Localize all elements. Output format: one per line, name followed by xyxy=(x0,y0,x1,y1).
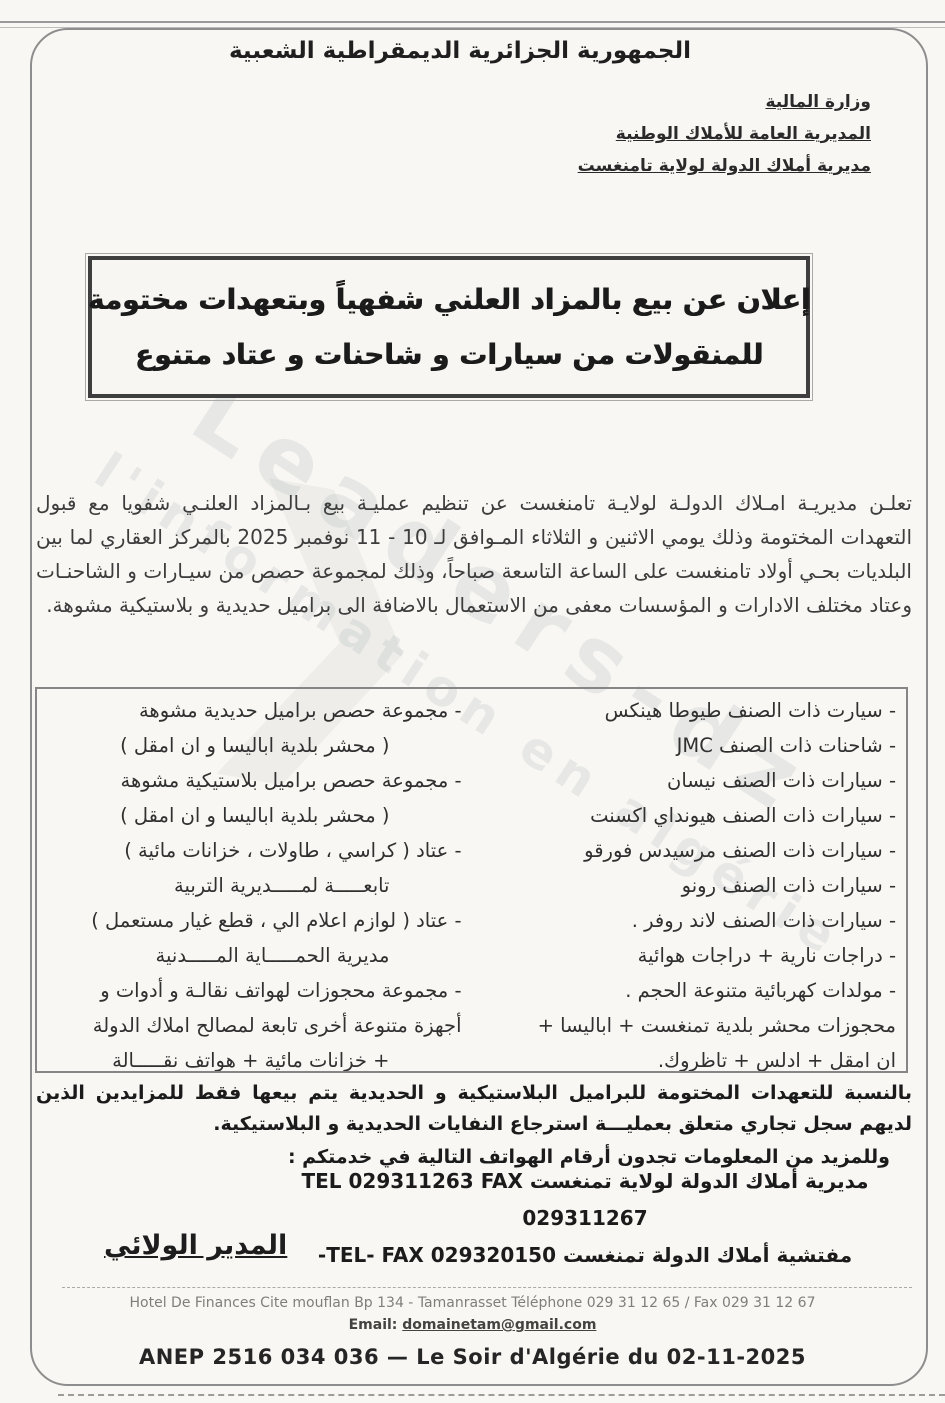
phone-line-directorate: مديرية أملاك الدولة لولاية تمنغست TEL 02… xyxy=(250,1163,920,1237)
lot-item: + خزانات مائية + هواتف نقـــــالة xyxy=(41,1043,462,1071)
lot-item: - سيارات ذات الصنف مرسيدس فورقو xyxy=(476,833,897,868)
footer: Hotel De Finances Cite mouflan Bp 134 - … xyxy=(0,1292,945,1336)
ministry-line-state-property-tamanrasset: مديرية أملاك الدولة لولاية تامنغست xyxy=(578,150,871,182)
lots-column-vehicles: - سيارت ذات الصنف طيوطا هينكس - شاحنات ذ… xyxy=(472,689,907,1071)
lot-item: ( محشر بلدية اباليسا و ان امقل ) xyxy=(41,728,462,763)
lot-item: ان امقل + ادلس + تاظروك. xyxy=(476,1043,897,1071)
lot-item: تابعـــــة لمـــــديرية التربية xyxy=(41,868,462,903)
footer-address: Hotel De Finances Cite mouflan Bp 134 - … xyxy=(0,1292,945,1314)
lot-item: مديرية الحمـــــاية المـــــدنية xyxy=(41,938,462,973)
signature-provincial-director: المدير الولائي xyxy=(104,1230,287,1261)
phone-line-inspectorate: مفتشية أملاك الدولة تمنغست TEL- FAX 0293… xyxy=(250,1237,920,1274)
lot-item: - مولدات كهربائية متنوعة الحجم . xyxy=(476,973,897,1008)
ministry-line-national-property: المديرية العامة للأملاك الوطنية xyxy=(578,118,871,150)
announcement-title-box: إعلان عن بيع بالمزاد العلني شفهياً وبتعه… xyxy=(88,256,810,398)
lot-item: - عتاد ( لوازم اعلام الي ، قطع غيار مستع… xyxy=(41,903,462,938)
lot-item: - مجموعة محجوزات لهواتف نقالـة و أدوات و xyxy=(41,973,462,1008)
lot-item: - سيارات ذات الصنف رونو xyxy=(476,868,897,903)
lot-item: - سيارات ذات الصنف هيونداي اكسنت xyxy=(476,798,897,833)
lot-item: - مجموعة حصص براميل حديدية مشوهة xyxy=(41,693,462,728)
lots-box: - سيارت ذات الصنف طيوطا هينكس - شاحنات ذ… xyxy=(35,687,908,1073)
lot-item: - عتاد ( كراسي ، طاولات ، خزانات مائية ) xyxy=(41,833,462,868)
footer-divider xyxy=(62,1287,912,1288)
lot-item: ( محشر بلدية اباليسا و ان امقل ) xyxy=(41,798,462,833)
sealed-bids-note-body: بالنسبة للتعهدات المختومة للبراميل البلا… xyxy=(36,1078,912,1140)
ministry-block: وزارة المالية المديرية العامة للأملاك ال… xyxy=(578,86,871,182)
lot-item: - سيارات ذات الصنف نيسان xyxy=(476,763,897,798)
bottom-scan-rule xyxy=(58,1394,945,1396)
lot-item: محجوزات محشر بلدية تمنغست + اباليسا + xyxy=(476,1008,897,1043)
lot-item: أجهزة متنوعة أخرى تابعة لمصالح املاك الد… xyxy=(41,1008,462,1043)
top-scan-rule xyxy=(0,21,945,23)
lot-item: - مجموعة حصص براميل بلاستيكية مشوهة xyxy=(41,763,462,798)
announcement-title-line-1: إعلان عن بيع بالمزاد العلني شفهياً وبتعه… xyxy=(88,283,811,316)
announcement-title-line-2: للمنقولات من سيارات و شاحنات و عتاد متنو… xyxy=(135,338,763,371)
footer-email-line: Email: domainetam@gmail.com xyxy=(0,1314,945,1336)
lot-item: - سيارات ذات الصنف لاند روفر . xyxy=(476,903,897,938)
lots-column-equipment: - مجموعة حصص براميل حديدية مشوهة ( محشر … xyxy=(37,689,472,1071)
lot-item: - شاحنات ذات الصنف JMC xyxy=(476,728,897,763)
anep-reference-line: ANEP 2516 034 036 — Le Soir d'Algérie du… xyxy=(0,1345,945,1369)
ministry-line-finance: وزارة المالية xyxy=(578,86,871,118)
lot-item: - سيارت ذات الصنف طيوطا هينكس xyxy=(476,693,897,728)
scanned-auction-announcement: ❯ Leaders-dz l'information en algérie ال… xyxy=(0,0,945,1403)
republic-title: الجمهورية الجزائرية الديمقراطية الشعبية xyxy=(0,38,920,64)
contact-phones: مديرية أملاك الدولة لولاية تمنغست TEL 02… xyxy=(250,1163,920,1274)
email-label: Email: xyxy=(349,1317,403,1333)
lot-item: - دراجات نارية + دراجات هوائية xyxy=(476,938,897,973)
email-address: domainetam@gmail.com xyxy=(402,1317,596,1333)
sealed-bids-note: بالنسبة للتعهدات المختومة للبراميل البلا… xyxy=(36,1078,912,1173)
intro-paragraph: تعلـن مديريـة امـلاك الدولـة لولايـة تام… xyxy=(36,486,912,622)
